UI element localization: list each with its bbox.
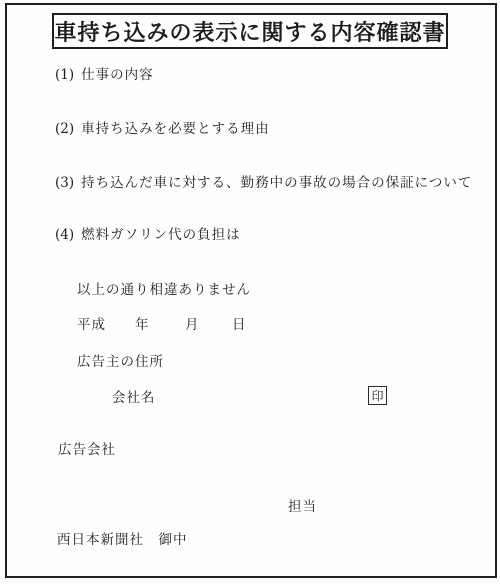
ad-agency-label: 広告会社: [58, 442, 116, 458]
item-4: (4)燃料ガソリン代の負担は: [55, 227, 241, 243]
item-4-text: 燃料ガソリン代の負担は: [81, 227, 241, 243]
item-2-text: 車持ち込みを必要とする理由: [81, 121, 270, 137]
item-2-number: (2): [55, 121, 74, 137]
document-title: 車持ち込みの表示に関する内容確認書: [54, 16, 445, 47]
item-4-number: (4): [55, 227, 74, 243]
item-1-number: (1): [55, 67, 74, 83]
declaration-text: 以上の通り相違ありません: [77, 282, 251, 298]
item-3-number: (3): [55, 175, 74, 191]
company-name-label: 会社名: [112, 390, 156, 406]
item-2: (2)車持ち込みを必要とする理由: [55, 121, 270, 137]
confirmation-form-page: 車持ち込みの表示に関する内容確認書 (1)仕事の内容 (2)車持ち込みを必要とす…: [0, 0, 500, 584]
date-month-label: 月: [185, 317, 200, 333]
recipient-line: 西日本新聞社 御中: [57, 532, 188, 548]
date-era-label: 平成: [77, 317, 106, 333]
date-year-label: 年: [135, 317, 150, 333]
item-3-text: 持ち込んだ車に対する、勤務中の事故の場合の保証について: [81, 175, 472, 191]
seal-mark-box: 印: [368, 386, 387, 405]
date-line: 平成 年 月 日: [77, 317, 277, 333]
date-day-label: 日: [232, 317, 247, 333]
item-3: (3)持ち込んだ車に対する、勤務中の事故の場合の保証について: [55, 175, 472, 191]
item-1: (1)仕事の内容: [55, 67, 154, 83]
item-1-text: 仕事の内容: [81, 67, 154, 83]
advertiser-address-label: 広告主の住所: [77, 354, 164, 370]
seal-mark-label: 印: [371, 387, 383, 404]
staff-label: 担当: [288, 499, 317, 515]
document-title-box: 車持ち込みの表示に関する内容確認書: [52, 13, 448, 49]
